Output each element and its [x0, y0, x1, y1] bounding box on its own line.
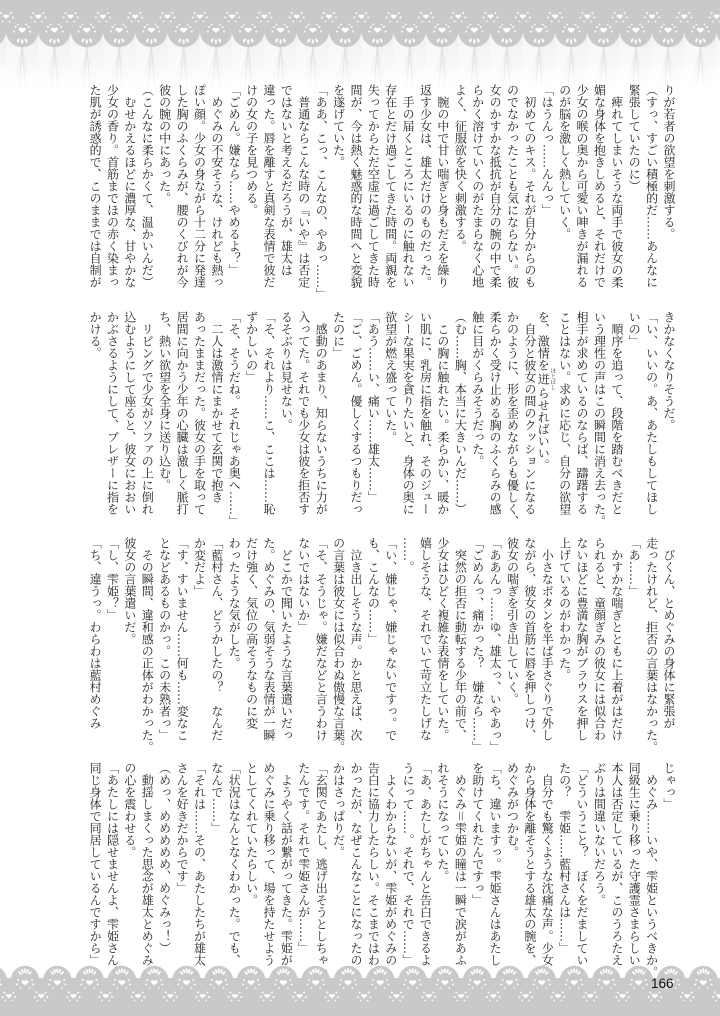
text-line: むせかえるほどに濃厚な、甘やかな [121, 84, 138, 302]
text-line: 緊張していたのに） [625, 84, 642, 302]
text-line: るそぶりは見せない。 [277, 311, 294, 529]
text-line: 順序を追って、段階を踏むべきだと [607, 311, 624, 529]
text-line: いの」 [625, 311, 642, 529]
text-line: 居間に向かう少年の心臓は激しく脈打 [173, 311, 190, 529]
text-line: ないほどに豊満な胸がブラウスを押し [573, 537, 590, 755]
text-line: いう理性の声はこの瞬間に消え去った。 [590, 311, 607, 529]
text-line: りが若者の欲望を刺激する。 [660, 84, 677, 302]
text-line: 「ち、違うっ。わらわは藍村めぐみ [86, 537, 103, 755]
text-line: 上げているのがわかった。 [555, 537, 572, 755]
text-line: ことはない。求めに応じ、自分の欲望 [555, 311, 572, 529]
text-line: 返す少女は、雄太だけのものだった。 [416, 84, 433, 302]
text-line: ながら、彼女の首筋に唇を押しつけ、 [520, 537, 537, 755]
text-line: ないではないか」 [294, 537, 311, 755]
text-line: あったままだった。彼女の手を取って [190, 311, 207, 529]
text-line: 「そ、そうだね。それじゃあ奥へ……」 [225, 311, 242, 529]
text-line: 泣き出しそうな声。かと思えば、次 [347, 537, 364, 755]
text-line: 触に目がくらみそうだった。 [468, 311, 485, 529]
text-line: ではないと考えるだろうが、雄太は [277, 84, 294, 302]
text-line: 小さなボタンを半ば手さぐりで外し [538, 537, 555, 755]
text-line: られると、童顔ぎみの彼女には似合わ [590, 537, 607, 755]
text-line: （すっ、すごい積極的だ……あんなに [642, 84, 659, 302]
text-line: 少女の香り。首筋までほの赤く染まっ [103, 84, 120, 302]
text-line: 「ああんっ……ゆ、雄太っ、いやあっ」 [486, 537, 503, 755]
text-line: 痺れてしまいそうな両手で彼女の柔 [607, 84, 624, 302]
text-line: 彼の腕の中にあった。 [155, 84, 172, 302]
text-line: ぽい顔。少女の身ながら十二分に発達 [190, 84, 207, 302]
lace-border-bottom [0, 946, 720, 1016]
text-line: ずかしいの」 [242, 311, 259, 529]
text-line: 「そ、それより……こ、ここは……恥 [260, 311, 277, 529]
text-line: 失ってからただ空虚に過ごしてきた時 [364, 84, 381, 302]
text-line: （む……胸、本当に大きいんだ……） [451, 311, 468, 529]
text-tier-2: きかなくなりそうだ。 「い、いいの。あ、あたしもしてほし いの」 順序を追って、… [85, 311, 677, 529]
text-line: めぐみの不安そうな、けれども熱っ [207, 84, 224, 302]
text-line: た肌が誘惑的で、このままでは自制が [86, 84, 103, 302]
text-line: を遂げていた。 [329, 84, 346, 302]
text-segment: らせればいい。 [536, 387, 550, 471]
text-line: かすかな喘ぎとともに上着がはだけ [607, 537, 624, 755]
text-line: 入ってた。それでも少女は彼を拒否す [294, 311, 311, 529]
text-line: きかなくなりそうだ。 [660, 311, 677, 529]
lace-border-top [0, 0, 720, 92]
text-line: 「し、雫姫？」 [103, 537, 120, 755]
text-line: 「ああ、こっ、こんなの、やあっ……」 [312, 84, 329, 302]
book-page: りが若者の欲望を刺激する。 （すっ、すごい積極的だ……あんなに 緊張していたのに… [0, 0, 720, 1016]
text-line: よく、征服欲を快く刺激する。 [451, 84, 468, 302]
text-line: となどあるものかっ。この未熟者っ」 [155, 537, 172, 755]
text-tier-3: びくん、とめぐみの身体に緊張が 走ったけれど、拒否の言葉はなかった。 「あ……」… [85, 537, 677, 755]
text-line: 「あ……」 [625, 537, 642, 755]
text-line: その瞬間、違和感の正体がわかった。 [138, 537, 155, 755]
text-line: びくん、とめぐみの身体に緊張が [660, 537, 677, 755]
text-line: 彼女の言葉遣いだ。 [121, 537, 138, 755]
text-line: 彼女の喘ぎを引き出していく。 [503, 537, 520, 755]
text-line: 自分と彼女の間のクッションになる [520, 311, 537, 529]
text-line: 「そ、そうじゃ。嫌だなどと言うわけ [312, 537, 329, 755]
text-line: 「す、すいません……何も……変なこ [173, 537, 190, 755]
text-line: シーな果実を貪りたいと、身体の奥に [399, 311, 416, 529]
text-line: い肌に、乳房に指を触れ、そのジュー [416, 311, 433, 529]
text-line: この胸に触れたい。柔らかい、暖か [434, 311, 451, 529]
text-line: か変だよ」 [190, 537, 207, 755]
text-line: らかく溶けていくのがたまらなく心地 [468, 84, 485, 302]
text-line: した胸のふくらみが、腰のくびれが今 [173, 84, 190, 302]
text-line: 違った。唇を離すと真剣な表情で彼だ [260, 84, 277, 302]
text-line: の言葉は彼女には似合わぬ傲慢な言葉。 [329, 537, 346, 755]
text-line: 込むようにして座ると、彼女におおい [121, 311, 138, 529]
text-line: 少女の喉の奥から可愛い呻きが漏れる [573, 84, 590, 302]
text-line: 普通ならこんな時の『いや』は否定 [294, 84, 311, 302]
text-line: だけ強く、気位の高そうなものに変 [242, 537, 259, 755]
text-line: リビングで少女がソファの上に倒れ [138, 311, 155, 529]
text-line: 手の届くところにいるのに触れない [399, 84, 416, 302]
text-line: も、こんなの……」 [364, 537, 381, 755]
text-line: のが脳を激しく熱していく。 [555, 84, 572, 302]
text-line: （こんなに柔らかくて、温かいんだ） [138, 84, 155, 302]
text-line: 突然の拒否に動転する少年の前で、 [451, 537, 468, 755]
text-line: 感動のあまり、知らないうちに力が [312, 311, 329, 529]
text-line: けの女の子を見つめる。 [242, 84, 259, 302]
text-line: 初めてのキス。それが自分からのも [520, 84, 537, 302]
text-line: どこかで聞いたような言葉遣いだっ [277, 537, 294, 755]
text-line: 間が、今は熱く魅惑的な時間へと変貌 [347, 84, 364, 302]
text-tier-1: りが若者の欲望を刺激する。 （すっ、すごい積極的だ……あんなに 緊張していたのに… [85, 84, 677, 302]
text-line: 存在とだけ過ごしてきた時間。両親を [381, 84, 398, 302]
text-line: 相手が求めているのならば、躊躇する [573, 311, 590, 529]
text-line: たのに」 [329, 311, 346, 529]
text-line: た。めぐみの、気弱そうな表情が一瞬 [260, 537, 277, 755]
text-line: わったような気がした。 [225, 537, 242, 755]
text-line: ……。 [399, 537, 416, 755]
text-line: 「はうんっ……んんっ」 [538, 84, 555, 302]
ruby-text: ほとばし [549, 368, 555, 390]
text-line-with-ruby: を、激情を迸ほとばしらせればいい。 [538, 311, 555, 529]
text-line: 少女はひどく複雑な表情をしていた。 [434, 537, 451, 755]
text-line: かのように、形を歪めながらも優しく、 [503, 311, 520, 529]
text-line: 媚な身体を抱きしめると、それだけで [590, 84, 607, 302]
page-number: 166 [651, 976, 674, 991]
text-line: 腕の中で甘い喘ぎと身もだえを繰り [434, 84, 451, 302]
text-line: 二人は激情にまかせて玄関で抱き [207, 311, 224, 529]
text-line: 「ご、ごめん。優しくするつもりだっ [347, 311, 364, 529]
text-line: 「あう……い、痛い……雄太……」 [364, 311, 381, 529]
text-line: 柔らかく受け止める胸のふくらみの感 [486, 311, 503, 529]
text-line: かぶさるようにして、ブレザーに指を [103, 311, 120, 529]
text-segment: を、激情を [536, 311, 550, 371]
text-line: 「藍村さん、どうかしたの？ なんだ [207, 537, 224, 755]
text-line: のでなかったことも気にならない。彼 [503, 84, 520, 302]
text-line: 欲望が燃え盛っていた。 [381, 311, 398, 529]
text-line: 「ごめん。嫌なら……やめるよ？」 [225, 84, 242, 302]
text-line: 「い、嫌じゃ、嫌じゃないですっ。で [381, 537, 398, 755]
text-line: 走ったけれど、拒否の言葉はなかった。 [642, 537, 659, 755]
text-line: 女のかすかな抵抗が自分の腕の中で柔 [486, 84, 503, 302]
ruby-annotation: 迸ほとばし [536, 371, 550, 387]
text-line: 「い、いいの。あ、あたしもしてほし [642, 311, 659, 529]
text-line: ち、熱い欲望を全身に送り込む。 [155, 311, 172, 529]
text-line: 「ごめんっ、痛かった？ 嫌なら……」 [468, 537, 485, 755]
text-line: 嬉しそうな、それでいて苛立たしげな [416, 537, 433, 755]
text-line: かける。 [86, 311, 103, 529]
